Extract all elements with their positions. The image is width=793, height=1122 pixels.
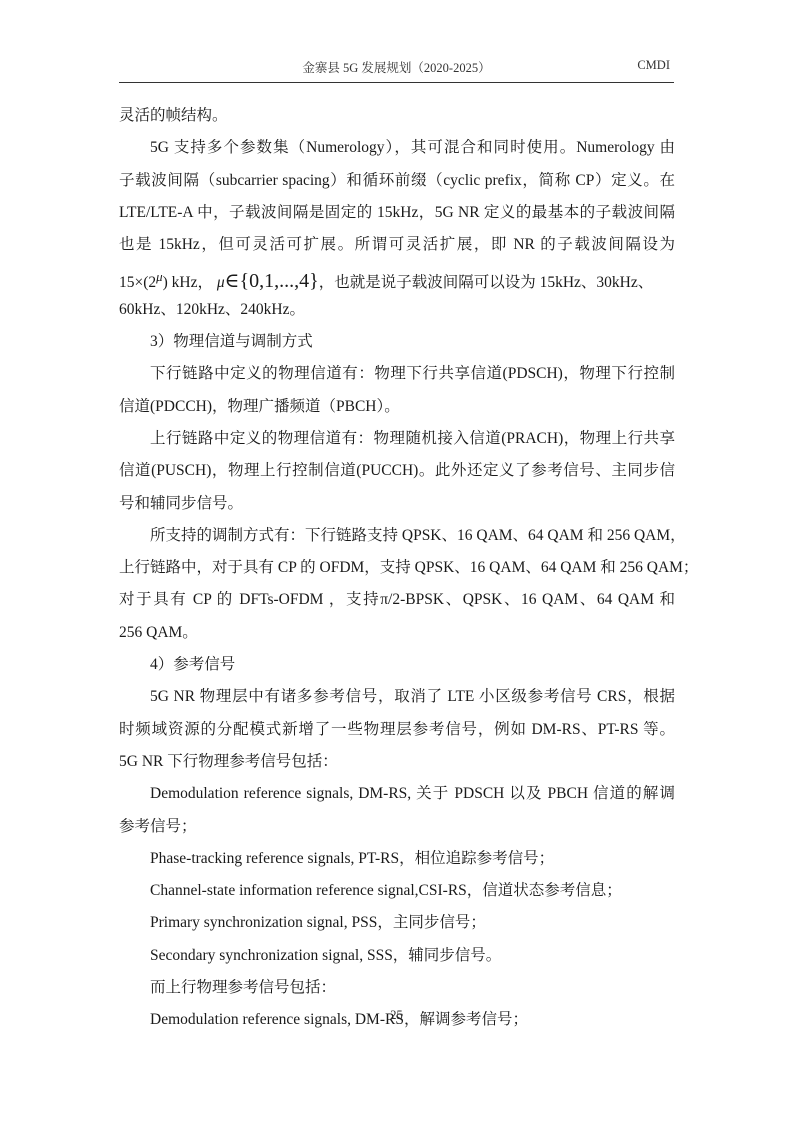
text-line: 3）物理信道与调制方式: [119, 326, 675, 358]
page-header: 金寨县 5G 发展规划（2020-2025） CMDI: [119, 56, 674, 83]
text-line: 256 QAM。: [119, 617, 675, 649]
text-line: 下行链路中定义的物理信道有：物理下行共享信道(PDSCH)，物理下行控制: [119, 358, 675, 390]
header-title: 金寨县 5G 发展规划（2020-2025）: [119, 58, 674, 76]
text-line: 信道(PDCCH)，物理广播频道（PBCH）。: [119, 391, 675, 423]
paragraph-block-1: 灵活的帧结构。5G 支持多个参数集（Numerology），其可混合和同时使用。…: [119, 100, 675, 261]
paragraph-block-2: 60kHz、120kHz、240kHz。3）物理信道与调制方式下行链路中定义的物…: [119, 294, 675, 1037]
text-line: 上行链路中，对于具有 CP 的 OFDM，支持 QPSK、16 QAM、64 Q…: [119, 552, 675, 584]
formula-mu: μ: [217, 275, 225, 292]
text-line: 5G NR 下行物理参考信号包括：: [119, 746, 675, 778]
header-org: CMDI: [637, 58, 670, 73]
text-line: 参考信号；: [119, 811, 675, 843]
text-line: Primary synchronization signal, PSS，主同步信…: [119, 907, 675, 939]
text-line: 4）参考信号: [119, 649, 675, 681]
text-line: Secondary synchronization signal, SSS，辅同…: [119, 940, 675, 972]
page-number: 25: [0, 1008, 793, 1023]
text-line: Demodulation reference signals, DM-RS, 关…: [119, 778, 675, 810]
text-line: Phase-tracking reference signals, PT-RS，…: [119, 843, 675, 875]
formula-line: 15×(2μ) kHz， μ∈{0,1,...,4}，也就是说子载波间隔可以设为…: [119, 261, 675, 293]
formula-suffix: ，也就是说子载波间隔可以设为 15kHz、30kHz、: [319, 275, 654, 292]
text-line: LTE/LTE-A 中，子载波间隔是固定的 15kHz，5G NR 定义的最基本…: [119, 197, 675, 229]
text-line: Channel-state information reference sign…: [119, 875, 675, 907]
text-line: 60kHz、120kHz、240kHz。: [119, 294, 675, 326]
text-line: 子载波间隔（subcarrier spacing）和循环前缀（cyclic pr…: [119, 165, 675, 197]
formula-set: ∈{0,1,...,4}: [225, 271, 319, 293]
text-line: 对于具有 CP 的 DFTs-OFDM ，支持π/2-BPSK、QPSK、16 …: [119, 584, 675, 616]
text-line: 而上行物理参考信号包括：: [119, 972, 675, 1004]
text-line: 上行链路中定义的物理信道有：物理随机接入信道(PRACH)，物理上行共享: [119, 423, 675, 455]
text-line: 5G 支持多个参数集（Numerology），其可混合和同时使用。Numerol…: [119, 132, 675, 164]
text-line: 号和辅同步信号。: [119, 488, 675, 520]
text-line: 5G NR 物理层中有诸多参考信号，取消了 LTE 小区级参考信号 CRS，根据: [119, 681, 675, 713]
text-line: 所支持的调制方式有：下行链路支持 QPSK、16 QAM、64 QAM 和 25…: [119, 520, 675, 552]
document-body: 灵活的帧结构。5G 支持多个参数集（Numerology），其可混合和同时使用。…: [119, 100, 675, 1037]
text-line: 信道(PUSCH)，物理上行控制信道(PUCCH)。此外还定义了参考信号、主同步…: [119, 455, 675, 487]
text-line: 灵活的帧结构。: [119, 100, 675, 132]
text-line: 也是 15kHz，但可灵活可扩展。所谓可灵活扩展，即 NR 的子载波间隔设为: [119, 229, 675, 261]
text-line: 时频域资源的分配模式新增了一些物理层参考信号，例如 DM-RS、PT-RS 等。: [119, 714, 675, 746]
formula-prefix: 15×(2: [119, 275, 156, 292]
formula-mid: ) kHz，: [163, 275, 213, 292]
